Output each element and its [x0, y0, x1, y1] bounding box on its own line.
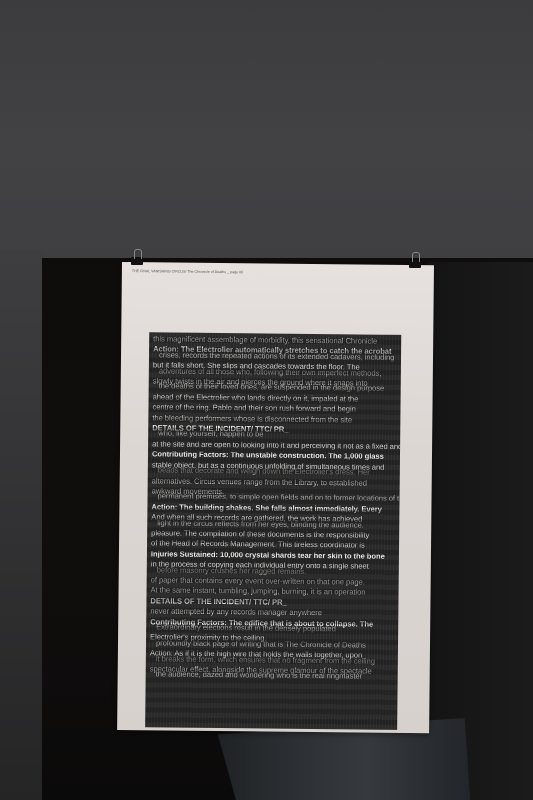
binder-clip-left-icon: [131, 257, 143, 265]
overprinted-text-block: this magnificent assemblage of morbidity…: [145, 332, 401, 730]
poster-header: THE FINAL VANISHING CIRCUS/ The Chronicl…: [132, 269, 243, 274]
binder-clip-right-icon: [409, 260, 421, 268]
poster-text-line: the audience, dazed and wondering who is…: [150, 670, 398, 683]
wall-left-edge: [0, 250, 44, 800]
gallery-wall: [0, 0, 533, 262]
poster: THE FINAL VANISHING CIRCUS/ The Chronicl…: [117, 262, 434, 733]
panel-right-section: [428, 262, 533, 800]
